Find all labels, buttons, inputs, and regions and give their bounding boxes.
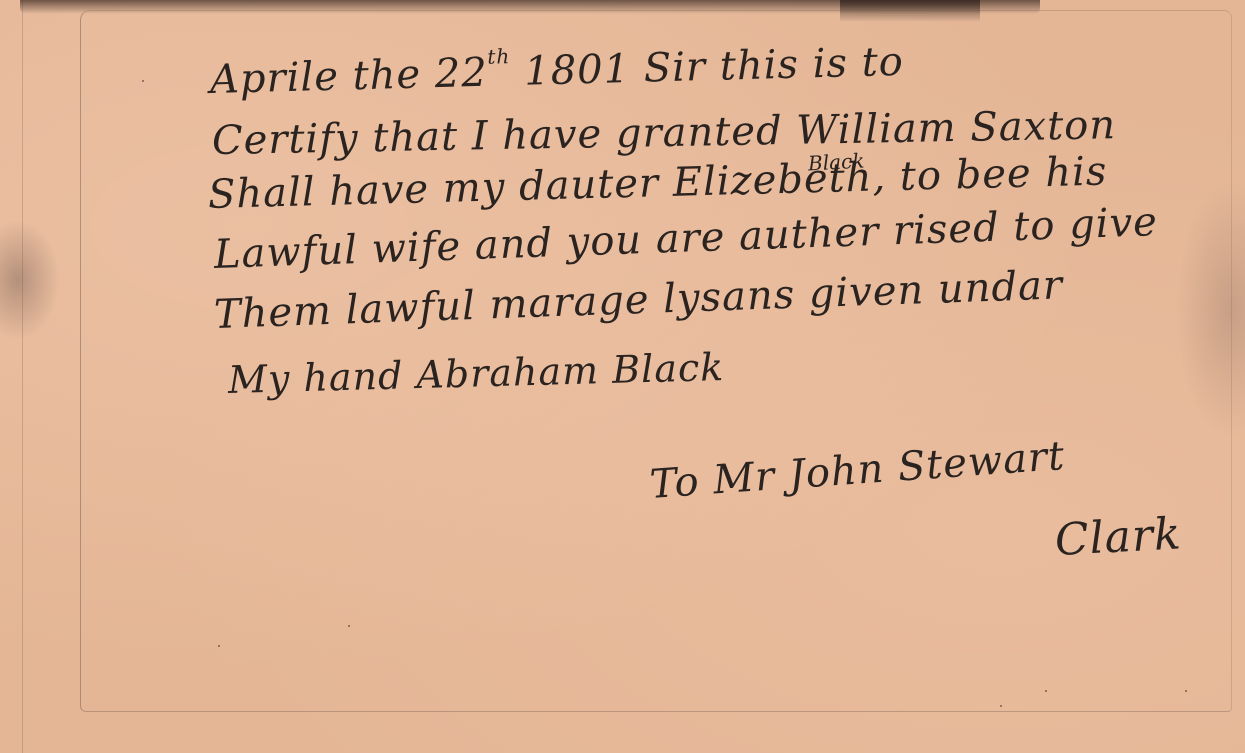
paper-speck bbox=[1000, 705, 1002, 707]
paper-speck bbox=[348, 625, 350, 627]
date-text: Aprile the 22 bbox=[209, 50, 488, 103]
paper-speck bbox=[218, 645, 220, 647]
paper-speck bbox=[1045, 690, 1047, 692]
page-fold-line bbox=[22, 0, 23, 753]
left-edge-smudge bbox=[0, 220, 60, 340]
paper-speck bbox=[1185, 690, 1187, 692]
scanned-document: Aprile the 22th 1801 Sir this is to Cert… bbox=[0, 0, 1245, 753]
addressee-title: Clark bbox=[1054, 508, 1183, 566]
paper-speck bbox=[142, 80, 144, 82]
date-superscript: th bbox=[487, 44, 511, 69]
